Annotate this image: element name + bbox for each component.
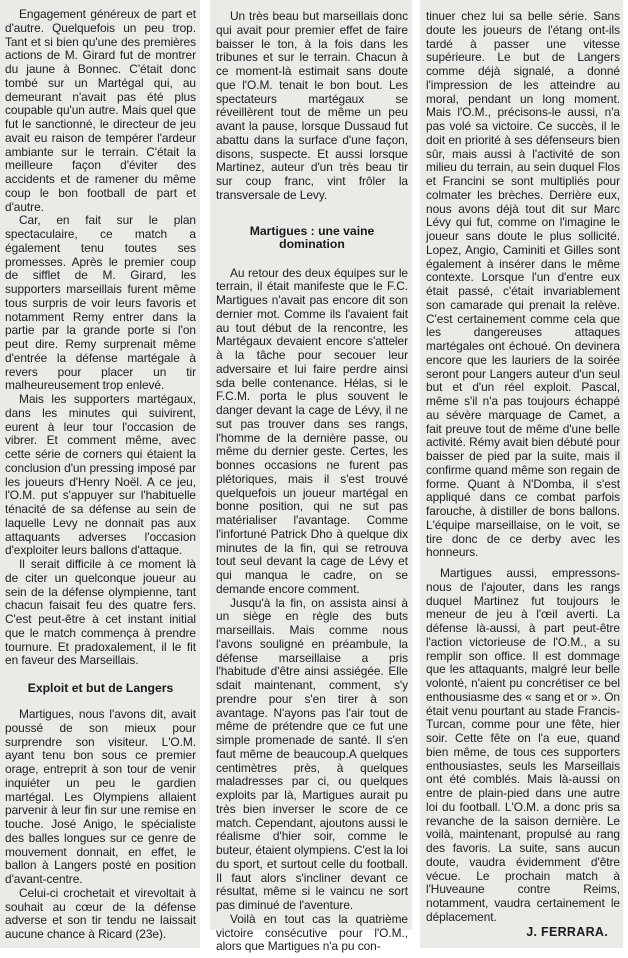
paragraph: Engagement généreux de part et d'autre. … [5, 8, 196, 214]
article-column-2: Un très beau but marseillais donc qui av… [210, 0, 412, 930]
author-signature: J. FERRARA. [426, 925, 620, 939]
subheading-martigues: Martigues : une vaine domination [224, 225, 400, 251]
paragraph: Il serait difficile à ce moment là de ci… [5, 558, 196, 668]
paragraph: Jusqu'à la fin, on assista ainsi à un si… [216, 597, 408, 913]
paragraph: Mais les supporters martégaux, dans les … [5, 393, 196, 558]
article-column-1: Engagement généreux de part et d'autre. … [0, 0, 200, 948]
paragraph: Un très beau but marseillais donc qui av… [216, 10, 408, 203]
paragraph: Voilà en tout cas la quatrième victoire … [216, 913, 408, 954]
paragraph: Car, en fait sur le plan spectaculaire, … [5, 214, 196, 393]
paragraph: Martigues aussi, empressons-nous de l'aj… [426, 567, 620, 925]
subheading-exploit: Exploit et but de Langers [5, 682, 196, 695]
paragraph: Celui-ci crochetait et virevoltait à sou… [5, 887, 196, 942]
paragraph: Au retour des deux équipes sur le terrai… [216, 267, 408, 597]
paragraph-continued: tinuer chez lui sa belle série. Sans dou… [426, 10, 620, 560]
article-column-3: tinuer chez lui sa belle série. Sans dou… [420, 0, 623, 948]
paragraph: Martigues, nous l'avons dit, avait pouss… [5, 708, 196, 887]
